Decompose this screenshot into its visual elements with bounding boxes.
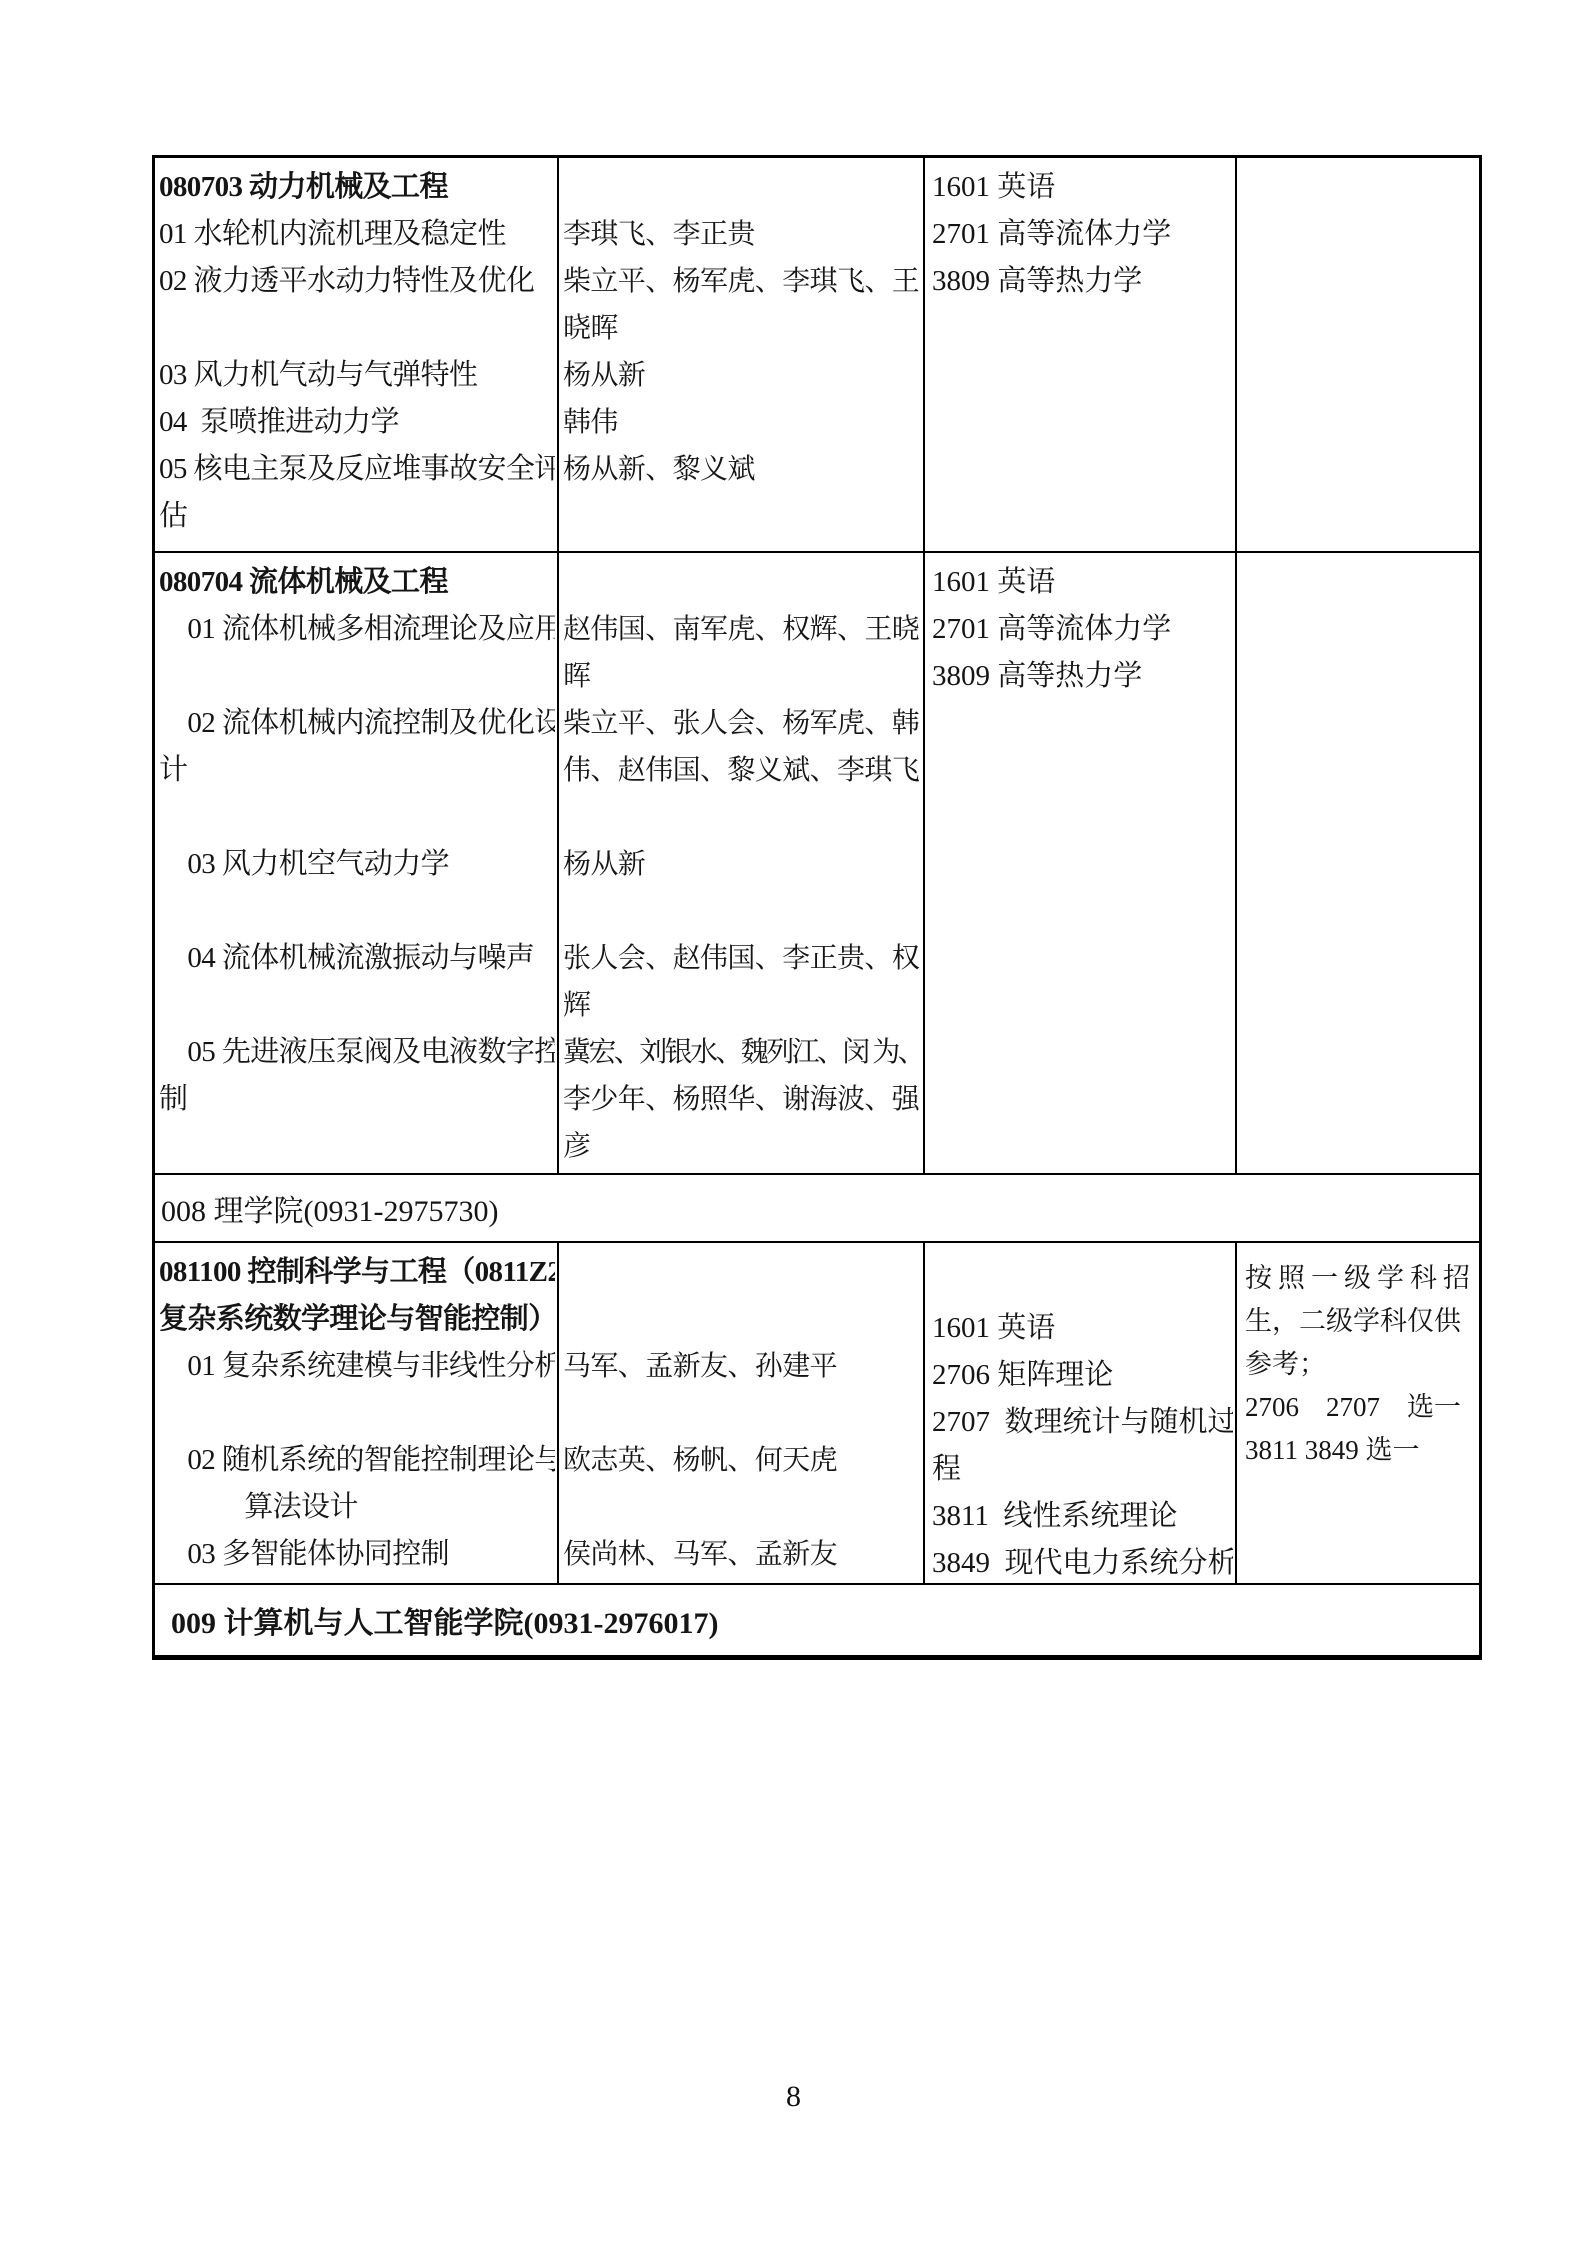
text-line bbox=[563, 794, 921, 841]
text-line: 冀宏、刘银水、魏列江、闵 为、 bbox=[563, 1029, 921, 1076]
text-line bbox=[159, 653, 555, 700]
text-line: 彦 bbox=[563, 1123, 921, 1170]
section-row-008: 008 理学院(0931-2975730) bbox=[155, 1175, 1479, 1243]
cell-080704-directions: 080704 流体机械及工程 01 流体机械多相流理论及应用 02 流体机械内流… bbox=[155, 553, 559, 1175]
text-line: 按照一级学科招 bbox=[1245, 1257, 1477, 1300]
text-line: 韩伟 bbox=[563, 399, 921, 446]
text-line: 3811 3849 选一 bbox=[1245, 1429, 1477, 1472]
text-line: 制 bbox=[159, 1076, 555, 1123]
text-line: 2707 数理统计与随机过 bbox=[932, 1399, 1233, 1446]
cell-080704-remarks bbox=[1237, 553, 1479, 1175]
text-line: 估 bbox=[159, 493, 555, 540]
text-line: 生，二级学科仅供 bbox=[1245, 1300, 1477, 1343]
text-line: 3809 高等热力学 bbox=[932, 653, 1233, 700]
cell-081100-supervisors: 马军、孟新友、孙建平欧志英、杨帆、何天虎侯尚林、马军、孟新友 bbox=[559, 1243, 925, 1585]
text-line bbox=[563, 888, 921, 935]
text-line: 080704 流体机械及工程 bbox=[159, 559, 555, 606]
text-line: 02 随机系统的智能控制理论与 bbox=[159, 1437, 555, 1484]
cell-081100-remarks: 按照一级学科招生，二级学科仅供参考；2706 2707 选一3811 3849 … bbox=[1237, 1243, 1479, 1585]
text-line: 柴立平、张人会、杨军虎、韩 bbox=[563, 700, 921, 747]
text-line: 1601 英语 bbox=[932, 559, 1233, 606]
text-line: 02 液力透平水动力特性及优化 bbox=[159, 258, 555, 305]
page-number: 8 bbox=[0, 2080, 1587, 2114]
text-line: 080703 动力机械及工程 bbox=[159, 164, 555, 211]
text-line: 晖 bbox=[563, 653, 921, 700]
text-line: 李琪飞、李正贵 bbox=[563, 211, 921, 258]
text-line bbox=[563, 1296, 921, 1343]
text-line: 04 泵喷推进动力学 bbox=[159, 399, 555, 446]
text-line: 04 流体机械流激振动与噪声 bbox=[159, 935, 555, 982]
text-line: 01 水轮机内流机理及稳定性 bbox=[159, 211, 555, 258]
cell-080703-subjects: 1601 英语2701 高等流体力学3809 高等热力学 bbox=[925, 158, 1237, 553]
text-line: 01 复杂系统建模与非线性分析 bbox=[159, 1343, 555, 1390]
text-line bbox=[159, 305, 555, 352]
text-line: 3811 线性系统理论 bbox=[932, 1493, 1233, 1540]
text-line bbox=[563, 164, 921, 211]
text-line: 03 风力机空气动力学 bbox=[159, 841, 555, 888]
text-line: 辉 bbox=[563, 982, 921, 1029]
text-line: 欧志英、杨帆、何天虎 bbox=[563, 1437, 921, 1484]
text-line bbox=[563, 1484, 921, 1531]
text-line: 柴立平、杨军虎、李琪飞、王 bbox=[563, 258, 921, 305]
text-line: 李少年、杨照华、谢海波、强 bbox=[563, 1076, 921, 1123]
section-title: 008 理学院(0931-2975730) bbox=[161, 1186, 498, 1230]
section-row-009: 009 计算机与人工智能学院(0931-2976017) bbox=[155, 1585, 1479, 1655]
section-title: 009 计算机与人工智能学院(0931-2976017) bbox=[171, 1598, 718, 1642]
cell-080703-directions: 080703 动力机械及工程01 水轮机内流机理及稳定性02 液力透平水动力特性… bbox=[155, 158, 559, 553]
text-line: 2701 高等流体力学 bbox=[932, 211, 1233, 258]
text-line: 计 bbox=[159, 747, 555, 794]
text-line: 2706 2707 选一 bbox=[1245, 1386, 1477, 1429]
text-line: 2701 高等流体力学 bbox=[932, 606, 1233, 653]
text-line bbox=[159, 794, 555, 841]
text-line: 02 流体机械内流控制及优化设 bbox=[159, 700, 555, 747]
text-line: 1601 英语 bbox=[932, 1305, 1233, 1352]
text-line: 参考； bbox=[1245, 1343, 1477, 1386]
text-line: 杨从新 bbox=[563, 352, 921, 399]
cell-080703-remarks bbox=[1237, 158, 1479, 553]
cell-080703-supervisors: 李琪飞、李正贵柴立平、杨军虎、李琪飞、王晓晖杨从新韩伟杨从新、黎义斌 bbox=[559, 158, 925, 553]
text-line bbox=[563, 1390, 921, 1437]
text-line: 赵伟国、南军虎、权辉、王晓 bbox=[563, 606, 921, 653]
text-line: 马军、孟新友、孙建平 bbox=[563, 1343, 921, 1390]
text-line: 伟、赵伟国、黎义斌、李琪飞 bbox=[563, 747, 921, 794]
text-line: 3849 现代电力系统分析 bbox=[932, 1540, 1233, 1585]
cell-081100-subjects: 1601 英语2706 矩阵理论2707 数理统计与随机过程3811 线性系统理… bbox=[925, 1243, 1237, 1585]
text-line: 1601 英语 bbox=[932, 164, 1233, 211]
text-line: 03 风力机气动与气弹特性 bbox=[159, 352, 555, 399]
cell-081100-directions: 081100 控制科学与工程（0811Z2复杂系统数学理论与智能控制） 01 复… bbox=[155, 1243, 559, 1585]
text-line: 晓晖 bbox=[563, 305, 921, 352]
text-line bbox=[159, 982, 555, 1029]
text-line: 081100 控制科学与工程（0811Z2 bbox=[159, 1249, 555, 1296]
text-line bbox=[159, 1390, 555, 1437]
cell-080704-subjects: 1601 英语2701 高等流体力学3809 高等热力学 bbox=[925, 553, 1237, 1175]
text-line bbox=[159, 888, 555, 935]
text-line: 3809 高等热力学 bbox=[932, 258, 1233, 305]
cell-080704-supervisors: 赵伟国、南军虎、权辉、王晓晖柴立平、张人会、杨军虎、韩伟、赵伟国、黎义斌、李琪飞… bbox=[559, 553, 925, 1175]
text-line: 程 bbox=[932, 1446, 1233, 1493]
text-line: 01 流体机械多相流理论及应用 bbox=[159, 606, 555, 653]
text-line: 侯尚林、马军、孟新友 bbox=[563, 1531, 921, 1578]
text-line: 05 核电主泵及反应堆事故安全评 bbox=[159, 446, 555, 493]
text-line bbox=[563, 1249, 921, 1296]
text-line: 复杂系统数学理论与智能控制） bbox=[159, 1296, 555, 1343]
text-line: 05 先进液压泵阀及电液数字控 bbox=[159, 1029, 555, 1076]
text-line bbox=[563, 559, 921, 606]
text-line: 03 多智能体协同控制 bbox=[159, 1531, 555, 1578]
text-line: 杨从新、黎义斌 bbox=[563, 446, 921, 493]
text-line: 算法设计 bbox=[159, 1484, 555, 1531]
text-line: 杨从新 bbox=[563, 841, 921, 888]
text-line: 张人会、赵伟国、李正贵、权 bbox=[563, 935, 921, 982]
admissions-table: 080703 动力机械及工程01 水轮机内流机理及稳定性02 液力透平水动力特性… bbox=[152, 155, 1482, 1660]
text-line: 2706 矩阵理论 bbox=[932, 1352, 1233, 1399]
